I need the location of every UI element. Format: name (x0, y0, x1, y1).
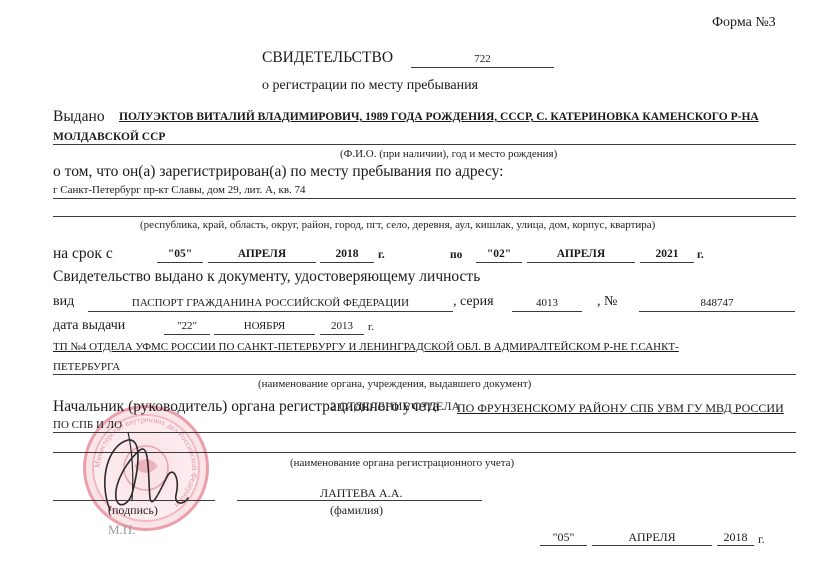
address-value: г Санкт-Петербург пр-кт Славы, дом 29, л… (53, 184, 306, 196)
issued-to-value-line2: МОЛДАВСКОЙ ССР (53, 131, 165, 143)
certificate-number: 722 (411, 51, 554, 68)
doc-issuer-line1: ТП №4 ОТДЕЛА УФМС РОССИИ ПО САНКТ-ПЕТЕРБ… (53, 341, 679, 353)
doc-issuer-underline (53, 374, 796, 375)
doc-issue-year: 2013 (320, 319, 364, 335)
surname-value: ЛАПТЕВА А.А. (320, 486, 402, 501)
doc-number-label: , № (597, 294, 617, 310)
doc-issue-day: "22" (164, 319, 210, 335)
identity-doc-intro: Свидетельство выдано к документу, удосто… (53, 268, 480, 286)
period-from-year-suffix: г. (378, 249, 385, 261)
address-underline-2 (53, 216, 796, 217)
doc-issue-month: НОЯБРЯ (214, 319, 315, 335)
issue-year: 2018 (717, 530, 754, 546)
address-hint: (республика, край, область, округ, район… (140, 219, 655, 231)
period-from-year: 2018 (320, 247, 374, 263)
certificate-subtitle: о регистрации по месту пребывания (262, 78, 478, 94)
period-to-day: "02" (476, 247, 522, 263)
surname-hint: (фамилия) (330, 503, 383, 518)
doc-series-label: , серия (453, 294, 494, 310)
period-to-month: АПРЕЛЯ (527, 247, 635, 263)
doc-issue-date-label: дата выдачи (53, 318, 125, 334)
signature-line (53, 500, 215, 501)
registration-authority-hint: (наименование органа регистрационного уч… (290, 457, 514, 469)
address-label: о том, что он(а) зарегистрирован(а) по м… (53, 163, 503, 181)
registration-authority-line1: ПО ФРУНЗЕНСКОМУ РАЙОНУ СПБ УВМ ГУ МВД РО… (457, 401, 784, 416)
doc-type-value: ПАСПОРТ ГРАЖДАНИНА РОССИЙСКОЙ ФЕДЕРАЦИИ (88, 296, 453, 312)
certificate-title: СВИДЕТЕЛЬСТВО (262, 49, 393, 67)
doc-issuer-line2: ПЕТЕРБУРГА (53, 361, 120, 373)
period-to-year: 2021 (640, 247, 694, 263)
issued-to-hint: (Ф.И.О. (при наличии), год и место рожде… (340, 148, 557, 160)
doc-type-label: вид (53, 294, 74, 310)
signature-hint: (подпись) (108, 503, 158, 518)
period-to-label: по (450, 249, 462, 261)
doc-issuer-hint: (наименование органа, учреждения, выдавш… (258, 378, 531, 390)
doc-issue-year-suffix: г. (368, 321, 374, 333)
issue-year-suffix: г. (758, 532, 765, 547)
doc-number-value: 848747 (639, 296, 795, 312)
issued-to-underline (53, 144, 796, 145)
period-from-month: АПРЕЛЯ (208, 247, 316, 263)
issue-month: АПРЕЛЯ (592, 530, 712, 546)
surname-line (237, 500, 482, 501)
address-underline-1 (53, 198, 796, 199)
issued-to-value-line1: ПОЛУЭКТОВ ВИТАЛИЙ ВЛАДИМИРОВИЧ, 1989 ГОД… (119, 111, 759, 123)
period-from-day: "05" (157, 247, 203, 263)
form-number: Форма №3 (712, 15, 776, 31)
registration-authority-overlap: 2 ОТДЕЛЕНИЕ ОТДЕЛА (330, 399, 460, 414)
doc-series-value: 4013 (512, 296, 582, 312)
period-from-label: на срок с (53, 245, 113, 263)
issue-day: "05" (540, 530, 587, 546)
stamp-place-label: М.П. (108, 522, 135, 538)
period-to-year-suffix: г. (697, 249, 704, 261)
issued-to-label: Выдано (53, 108, 105, 126)
